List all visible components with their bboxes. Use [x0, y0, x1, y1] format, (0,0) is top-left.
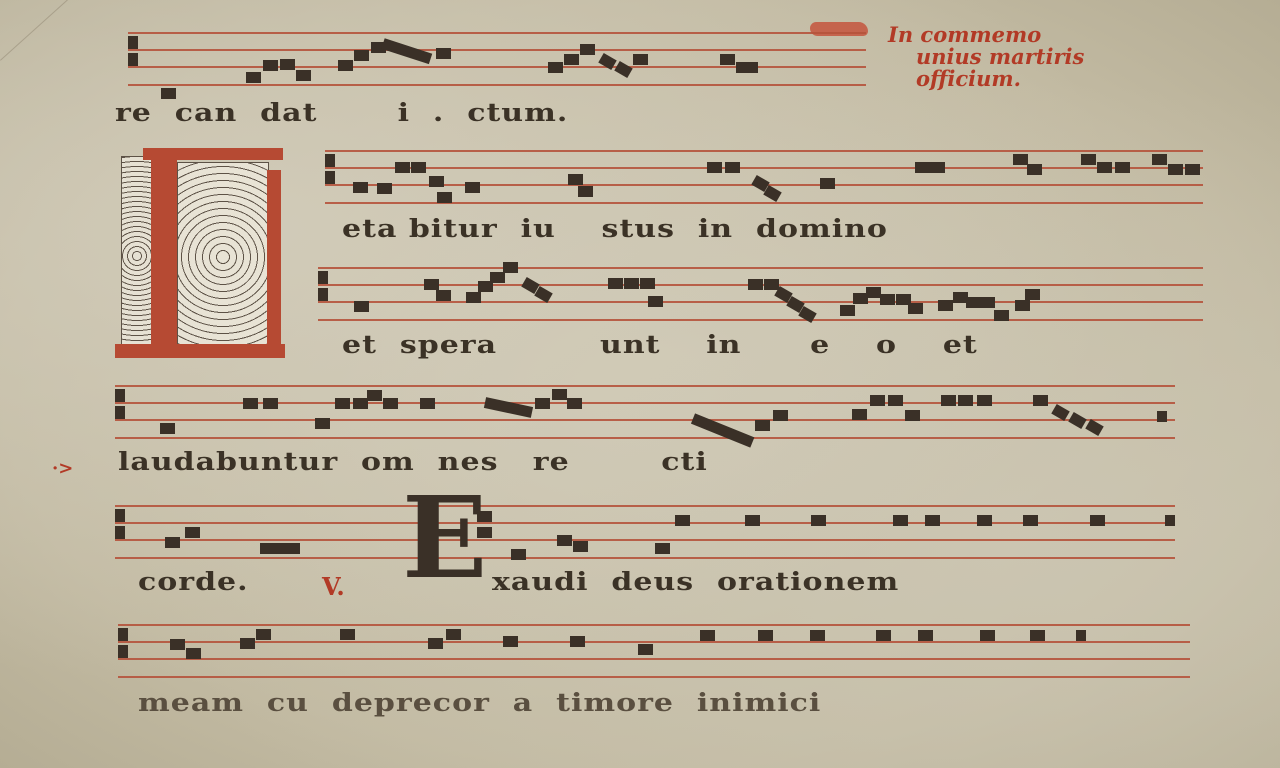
c-clef-icon: [318, 288, 328, 301]
c-clef-icon: [325, 154, 335, 167]
staff-2: [325, 150, 1203, 206]
rubric-line-1: In commemo: [888, 24, 1084, 46]
lyric-line-5b: xaudi deus orationem: [492, 567, 899, 597]
versicle-mark: V.: [322, 572, 345, 601]
staff-3: [318, 267, 1203, 323]
lyric-line-6: meam cu deprecor a timore inimici: [138, 688, 821, 718]
rubric-heading: In commemo unius martiris officium.: [888, 24, 1084, 90]
lyric-line-1: re can dat i . ctum.: [115, 98, 568, 128]
rubric-line-2: unius martiris: [888, 46, 1084, 68]
margin-mark: ·>: [52, 458, 73, 479]
initial-E: E: [402, 483, 482, 595]
staff-5: [115, 505, 1175, 561]
lyric-line-2: eta bitur iu stus in domino: [342, 214, 888, 244]
c-clef-icon: [318, 271, 328, 284]
c-clef-icon: [128, 36, 138, 49]
c-clef-icon: [115, 389, 125, 402]
lyric-line-3: et spera unt in e o et: [342, 330, 978, 360]
c-clef-icon: [115, 406, 125, 419]
staff-6: [118, 624, 1190, 680]
c-clef-icon: [118, 628, 128, 641]
rubric-line-3: officium.: [888, 68, 1084, 90]
staff-1: [128, 32, 866, 88]
illuminated-initial-L: [115, 148, 285, 360]
staff-4: [115, 385, 1175, 441]
lyric-line-5a: corde.: [138, 567, 249, 597]
c-clef-icon: [118, 645, 128, 658]
c-clef-icon: [115, 526, 125, 539]
c-clef-icon: [115, 509, 125, 522]
c-clef-icon: [128, 53, 138, 66]
c-clef-icon: [325, 171, 335, 184]
